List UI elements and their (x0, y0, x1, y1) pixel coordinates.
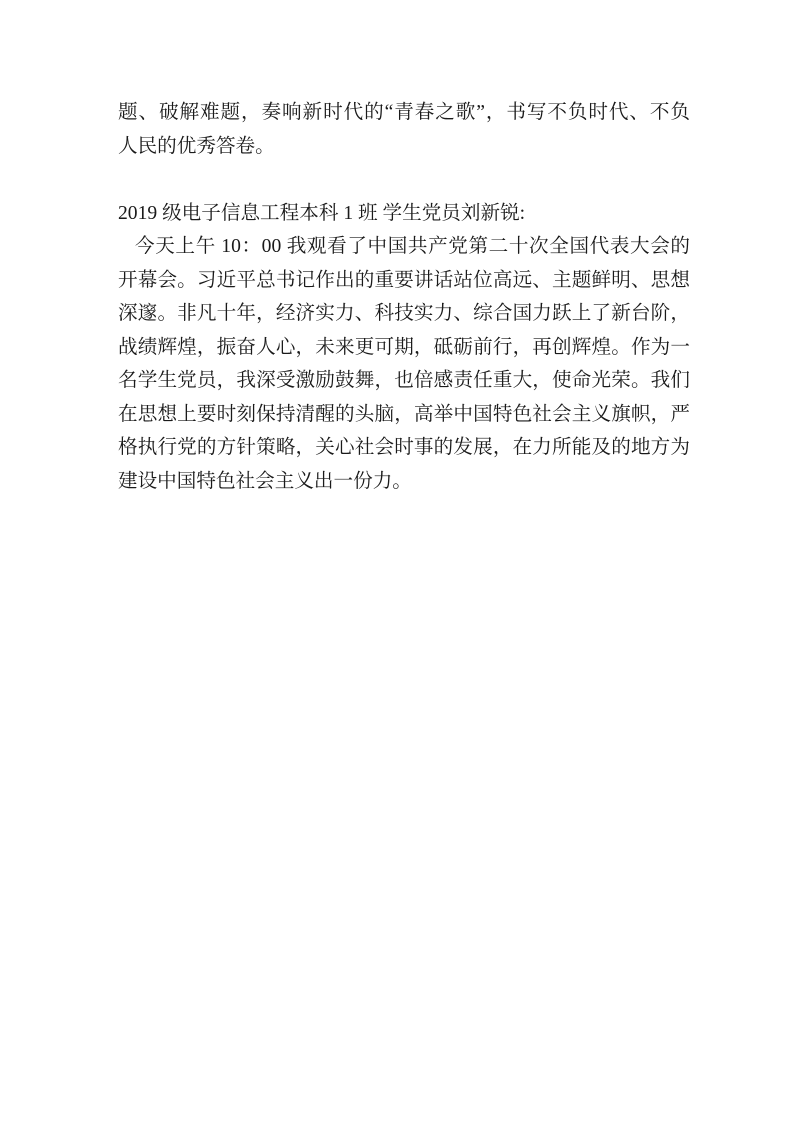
speech-paragraph-line-7: 格执行党的方针策略，关心社会时事的发展，在力所能及的地方为 (118, 431, 690, 465)
speech-paragraph-line-8: 建设中国特色社会主义出一份力。 (118, 465, 690, 499)
speech-paragraph-line-2: 开幕会。习近平总书记作出的重要讲话站位高远、主题鲜明、思想 (118, 264, 690, 298)
speech-paragraph-line-5: 名学生党员，我深受激励鼓舞，也倍感责任重大，使命光荣。我们 (118, 364, 690, 398)
speech-paragraph-line-6: 在思想上要时刻保持清醒的头脑，高举中国特色社会主义旗帜，严 (118, 398, 690, 432)
speech-paragraph-line-3: 深邃。非凡十年，经济实力、科技实力、综合国力跃上了新台阶， (118, 297, 690, 331)
speech-paragraph-line-4: 战绩辉煌，振奋人心，未来更可期，砥砺前行，再创辉煌。作为一 (118, 331, 690, 365)
document-page: 题、破解难题，奏响新时代的“青春之歌”，书写不负时代、不负 人民的优秀答卷。 2… (0, 0, 793, 1122)
document-text-block: 题、破解难题，奏响新时代的“青春之歌”，书写不负时代、不负 人民的优秀答卷。 2… (118, 96, 690, 498)
blank-line (118, 163, 690, 197)
continuation-paragraph-line-2: 人民的优秀答卷。 (118, 130, 690, 164)
speaker-heading: 2019 级电子信息工程本科 1 班 学生党员刘新锐: (118, 197, 690, 231)
continuation-paragraph-line-1: 题、破解难题，奏响新时代的“青春之歌”，书写不负时代、不负 (118, 96, 690, 130)
speech-paragraph-line-1: 今天上午 10：00 我观看了中国共产党第二十次全国代表大会的 (118, 230, 690, 264)
